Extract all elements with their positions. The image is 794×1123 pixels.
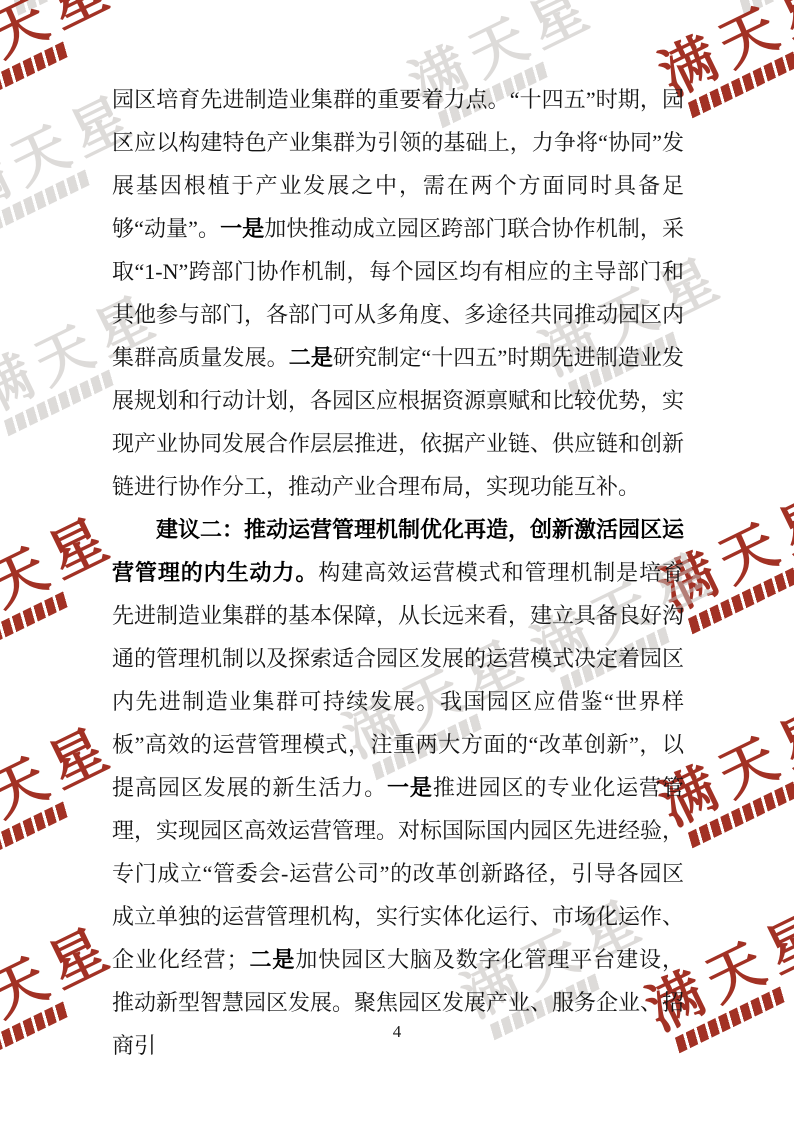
watermark-banner	[14, 0, 58, 16]
text-segment-bold: 二是	[249, 947, 296, 972]
watermark-tile-gray	[12, 0, 59, 15]
watermark-banner	[740, 0, 784, 16]
document-body: 园区培育先进制造业集群的重要着力点。“十四五”时期，园区应以构建特色产业集群为引…	[112, 78, 684, 1067]
watermark-banner	[0, 169, 90, 236]
paragraph: 园区培育先进制造业集群的重要着力点。“十四五”时期，园区应以构建特色产业集群为引…	[112, 78, 684, 508]
watermark-text: 满天星	[0, 507, 124, 644]
text-segment-bold: 一是	[387, 775, 433, 800]
watermark-banner	[4, 369, 115, 436]
document-page: 满天星满天星满天星满天星满天星满天星满天星满天星满天星满天星满天星满天星满天星满…	[0, 0, 794, 1123]
watermark-banner	[688, 567, 794, 634]
text-segment-bold: 一是	[220, 216, 264, 241]
watermark-banner	[675, 986, 786, 1053]
watermark-tile-gray	[738, 0, 785, 15]
text-segment-bold: 二是	[289, 345, 333, 370]
watermark-text: 满天星	[0, 0, 124, 94]
watermark-banner	[0, 41, 68, 108]
page-number: 4	[0, 1022, 794, 1042]
watermark-banner	[688, 781, 794, 848]
paragraph: 建议二：推动运营管理机制优化再造，创新激活园区运营管理的内生动力。构建高效运营模…	[112, 508, 684, 1067]
watermark-banner	[0, 801, 68, 868]
text-segment: 构建高效运营模式和管理机制是培育先进制造业集群的基本保障，从长远来看，建立具备良…	[112, 560, 684, 800]
text-segment: 推进园区的专业化运营管理，实现园区高效运营管理。对标国际国内园区先进经验，专门成…	[112, 775, 684, 972]
watermark-banner	[688, 51, 794, 118]
watermark-text: 满天星	[0, 717, 124, 854]
watermark-banner	[0, 591, 68, 658]
